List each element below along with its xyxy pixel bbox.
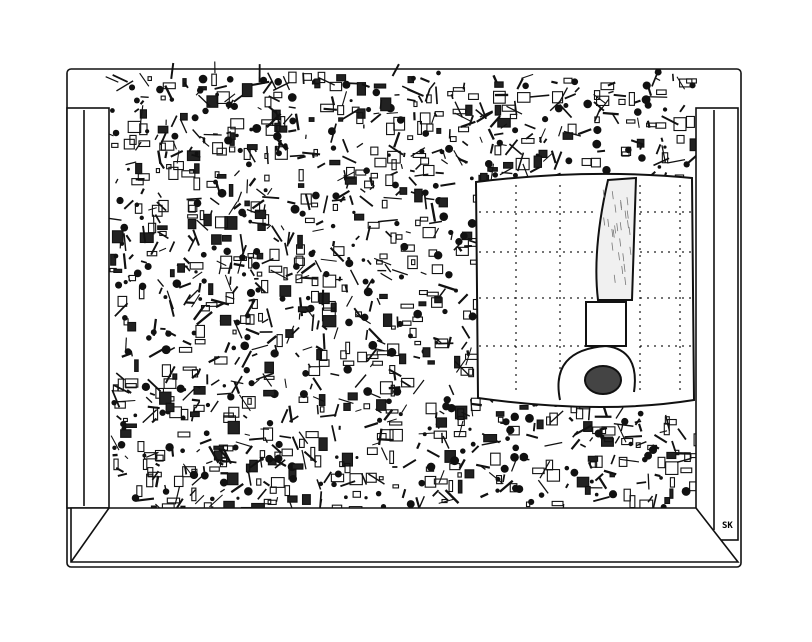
artist-signature: SK [722,521,733,531]
cylinder-tank [476,174,694,407]
ink-drawing: SK [0,0,812,642]
